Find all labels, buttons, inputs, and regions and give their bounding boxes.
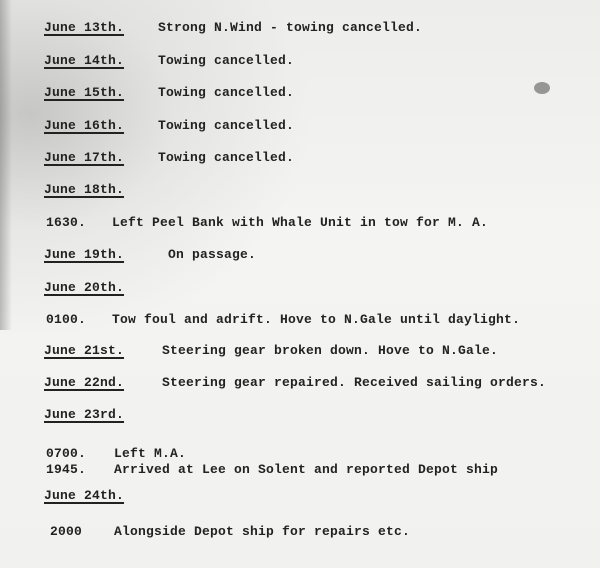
- entry-date: June 13th.: [44, 20, 124, 35]
- entry-time: 0100.: [46, 312, 86, 327]
- entry-text: Steering gear repaired. Received sailing…: [162, 375, 546, 390]
- entry-text: Towing cancelled.: [158, 118, 294, 133]
- paper-crease: [0, 0, 12, 330]
- entry-date: June 20th.: [44, 280, 124, 295]
- entry-date: June 23rd.: [44, 407, 124, 422]
- entry-text: Left M.A.: [114, 446, 186, 461]
- entry-date: June 21st.: [44, 343, 124, 358]
- entry-text: Steering gear broken down. Hove to N.Gal…: [162, 343, 498, 358]
- entry-time: 1945.: [46, 462, 86, 477]
- entry-date: June 16th.: [44, 118, 124, 133]
- entry-text: Arrived at Lee on Solent and reported De…: [114, 462, 498, 477]
- entry-text: Strong N.Wind - towing cancelled.: [158, 20, 422, 35]
- entry-text: On passage.: [168, 247, 256, 262]
- entry-time: 2000: [50, 524, 82, 539]
- entry-date: June 17th.: [44, 150, 124, 165]
- entry-text: Left Peel Bank with Whale Unit in tow fo…: [112, 215, 488, 230]
- entry-date: June 24th.: [44, 488, 124, 503]
- entry-time: 1630.: [46, 215, 86, 230]
- entry-text: Towing cancelled.: [158, 85, 294, 100]
- entry-text: Towing cancelled.: [158, 53, 294, 68]
- entry-time: 0700.: [46, 446, 86, 461]
- entry-date: June 19th.: [44, 247, 124, 262]
- entry-text: Alongside Depot ship for repairs etc.: [114, 524, 410, 539]
- entry-date: June 14th.: [44, 53, 124, 68]
- entry-text: Towing cancelled.: [158, 150, 294, 165]
- entry-date: June 22nd.: [44, 375, 124, 390]
- entry-date: June 15th.: [44, 85, 124, 100]
- ink-spot: [534, 82, 550, 94]
- entry-text: Tow foul and adrift. Hove to N.Gale unti…: [112, 312, 520, 327]
- entry-date: June 18th.: [44, 182, 124, 197]
